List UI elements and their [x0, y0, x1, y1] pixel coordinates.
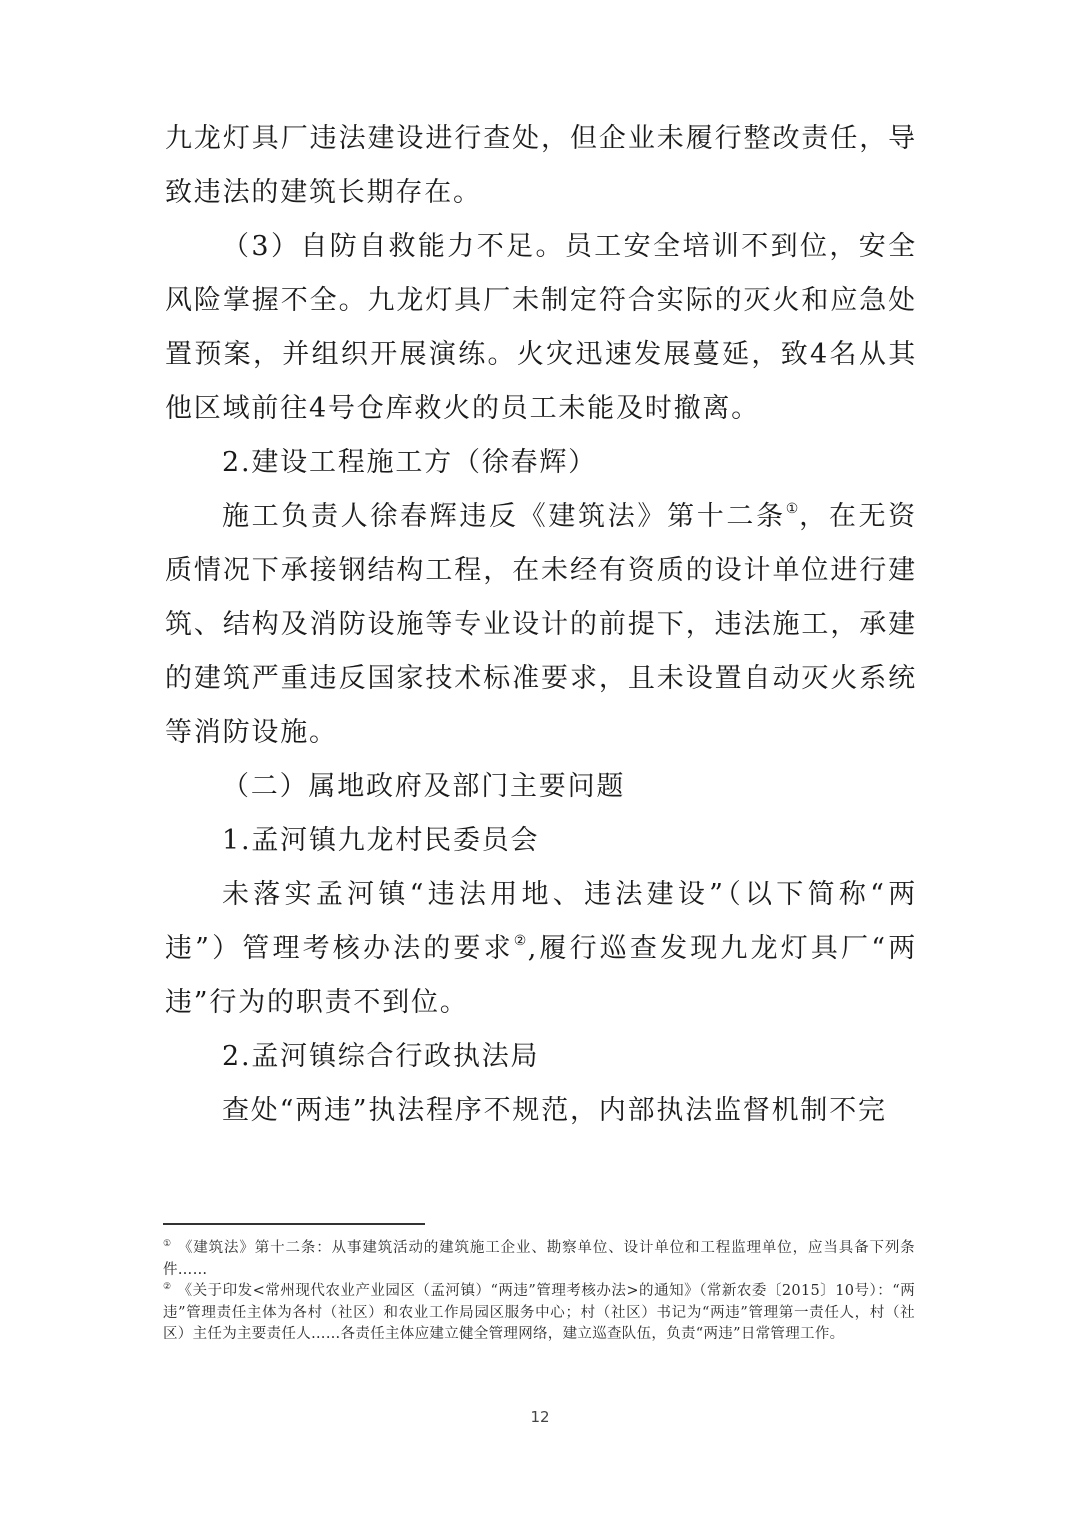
paragraph-village-committee: 未落实孟河镇“违法用地、违法建设”（以下简称“两违”）管理考核办法的要求②,履行… — [165, 868, 917, 1030]
footnote-1: ①《建筑法》第十二条：从事建筑活动的建筑施工企业、勘察单位、设计单位和工程监理单… — [163, 1238, 915, 1281]
footnote-mark-1: ① — [163, 1239, 172, 1249]
paragraph-text: ，在无资质情况下承接钢结构工程，在未经有资质的设计单位进行建筑、结构及消防设施等… — [165, 501, 917, 748]
subheading-construction-party: 2.建设工程施工方（徐春辉） — [165, 436, 917, 490]
footnote-text: 《关于印发<常州现代农业产业园区（孟河镇）“两违”管理考核办法>的通知》（常新农… — [163, 1283, 915, 1342]
paragraph-construction-violation: 施工负责人徐春辉违反《建筑法》第十二条①，在无资质情况下承接钢结构工程，在未经有… — [165, 490, 917, 760]
footnotes: ①《建筑法》第十二条：从事建筑活动的建筑施工企业、勘察单位、设计单位和工程监理单… — [163, 1238, 915, 1346]
document-page: 九龙灯具厂违法建设进行查处，但企业未履行整改责任，导致违法的建筑长期存在。 （3… — [0, 0, 1080, 1527]
footnote-ref-2[interactable]: ② — [514, 933, 528, 949]
footnote-ref-1[interactable]: ① — [786, 501, 799, 517]
page-number: 12 — [0, 1408, 1080, 1426]
subheading-village-committee: 1.孟河镇九龙村民委员会 — [165, 814, 917, 868]
subheading-enforcement-bureau: 2.孟河镇综合行政执法局 — [165, 1030, 917, 1084]
footnote-2: ②《关于印发<常州现代农业产业园区（孟河镇）“两违”管理考核办法>的通知》（常新… — [163, 1281, 915, 1346]
footnote-divider — [163, 1223, 425, 1225]
section-heading-government: （二）属地政府及部门主要问题 — [165, 760, 917, 814]
paragraph-continuation: 九龙灯具厂违法建设进行查处，但企业未履行整改责任，导致违法的建筑长期存在。 — [165, 112, 917, 220]
paragraph-self-rescue: （3）自防自救能力不足。员工安全培训不到位，安全风险掌握不全。九龙灯具厂未制定符… — [165, 220, 917, 436]
paragraph-text: 施工负责人徐春辉违反《建筑法》第十二条 — [222, 501, 786, 532]
body-text: 九龙灯具厂违法建设进行查处，但企业未履行整改责任，导致违法的建筑长期存在。 （3… — [165, 112, 917, 1138]
footnote-text: 《建筑法》第十二条：从事建筑活动的建筑施工企业、勘察单位、设计单位和工程监理单位… — [163, 1240, 915, 1278]
footnote-mark-2: ② — [163, 1282, 172, 1292]
paragraph-enforcement-bureau: 查处“两违”执法程序不规范，内部执法监督机制不完 — [165, 1084, 917, 1138]
